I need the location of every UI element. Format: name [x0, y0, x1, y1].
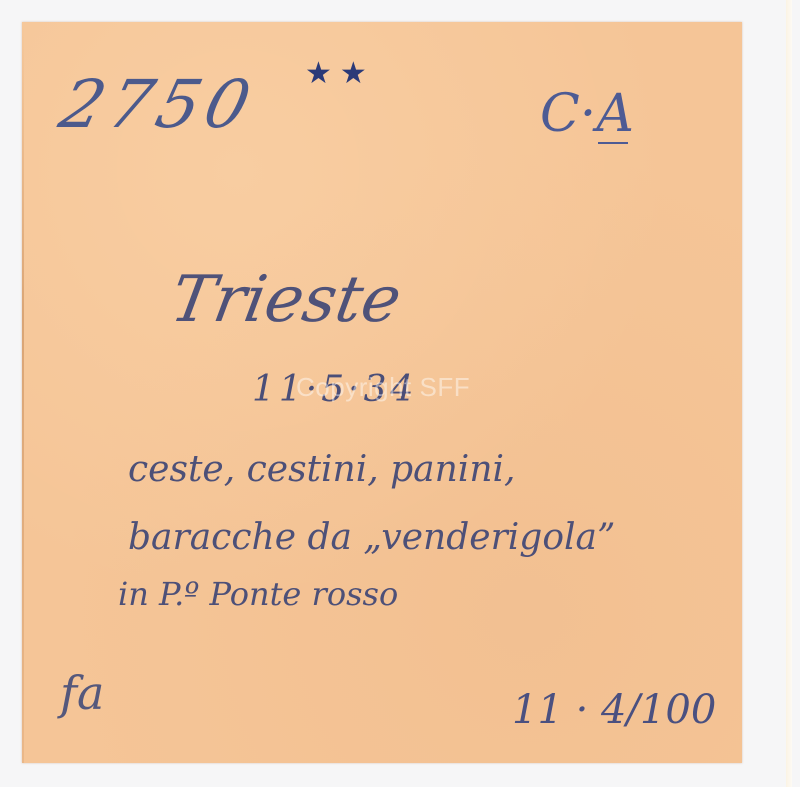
star-icon: ★: [340, 56, 375, 91]
photographer-initials: fa: [60, 670, 104, 716]
description-line-1: ceste, cestini, panini,: [128, 452, 515, 488]
collection-code-text: C·A: [540, 84, 634, 144]
description-line-2: baracche da „venderigola”: [128, 520, 615, 556]
copyright-watermark: Copyright SFF: [296, 372, 470, 403]
adjacent-paper-edge: [786, 0, 792, 787]
catalog-number: 2750: [54, 72, 262, 138]
star-icon: ★: [305, 56, 340, 91]
star-marks-icon: ★★: [305, 56, 375, 91]
place-name: Trieste: [166, 268, 405, 332]
document-viewer: 2750 ★★ C·A Trieste 11·5·34 Copyright SF…: [0, 0, 800, 787]
archive-reference: 11 · 4/100: [512, 690, 716, 730]
description-line-3: in P.º Ponte rosso: [118, 578, 398, 610]
paper-fold-line: [22, 22, 24, 763]
collection-code: C·A: [540, 88, 634, 144]
